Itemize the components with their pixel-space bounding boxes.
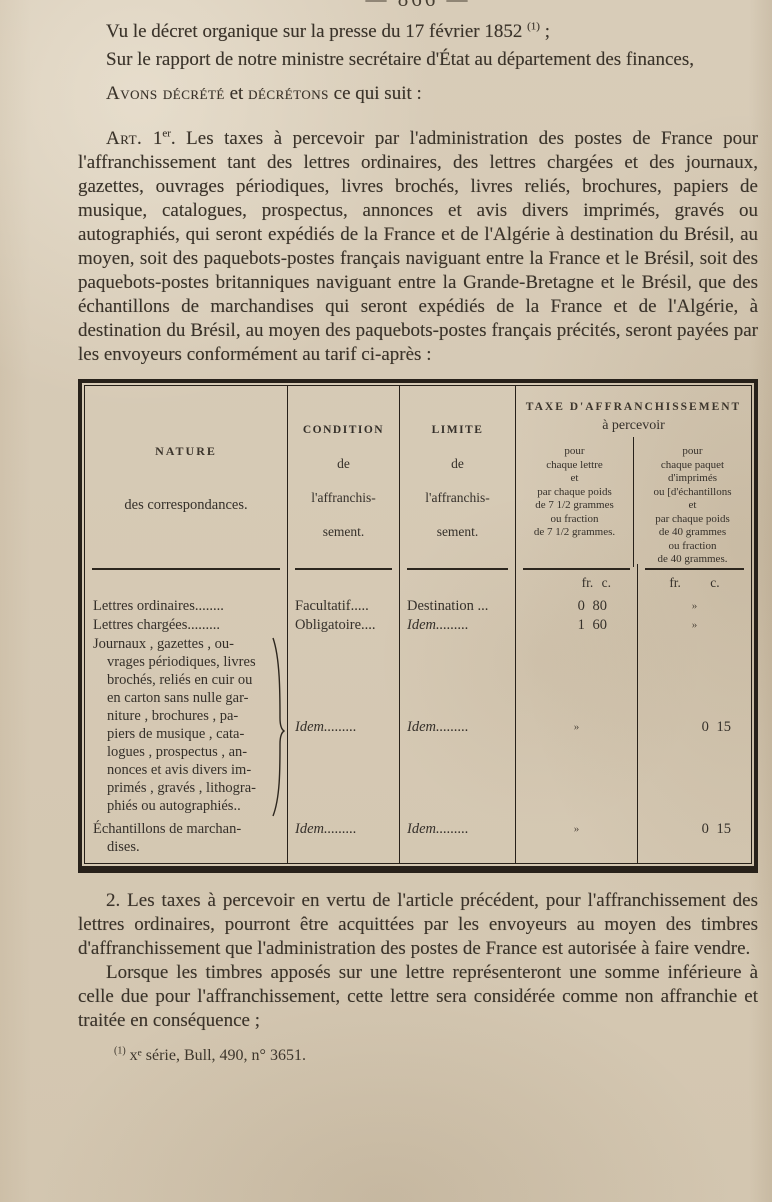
row-nature: Échantillons de marchan- dises.: [85, 819, 287, 863]
row-nature: Lettres chargées.........: [85, 615, 287, 634]
paragraph-text: .: [171, 128, 186, 149]
tariff-table: NATURE des correspondances. CONDITION de…: [78, 379, 758, 873]
running-page-number: — 866 —: [78, 0, 758, 12]
row-tax-letter: »: [515, 634, 637, 819]
unit-row-empty: [287, 574, 399, 596]
row-nature-text: Échantillons de marchan- dises.: [93, 820, 283, 856]
row-group-brace-icon: [271, 636, 285, 818]
footnote-marker-inline: (1): [527, 21, 540, 33]
row-tax-letter: 1 60: [515, 615, 637, 634]
unit-label-letter: fr. c.: [515, 574, 637, 596]
header-nature-subtitle: des correspondances.: [124, 496, 247, 514]
smallcaps-text: Avons décrété: [106, 83, 225, 104]
paragraph-lorsque: Lorsque les timbres apposés sur une lett…: [78, 961, 758, 1033]
footnote-marker: (1): [114, 1046, 126, 1057]
subheader-tax-per-packet: pour chaque paquet d'imprimés ou [d'écha…: [633, 437, 751, 567]
unit-row-empty: [85, 574, 287, 596]
row-condition: Obligatoire....: [287, 615, 399, 634]
tariff-table-inner-border: NATURE des correspondances. CONDITION de…: [84, 385, 752, 864]
header-condition-title: CONDITION: [303, 424, 384, 436]
row-tax-letter: 0 80: [515, 596, 637, 615]
row-tax-packet: 0 15: [637, 819, 751, 863]
row-condition: Idem.........: [287, 634, 399, 819]
article-number: 1: [142, 128, 162, 149]
row-tax-packet: »: [637, 596, 751, 615]
header-limite-subtitle: de l'affranchis- sement.: [400, 447, 515, 549]
document-page: — 866 — Vu le décret organique sur la pr…: [0, 0, 772, 1202]
row-condition: Facultatif.....: [287, 596, 399, 615]
footnote-text: xᵉ série, Bull, 490, n° 3651.: [126, 1047, 306, 1064]
article-label: Art.: [106, 128, 142, 149]
scanned-document-page: { "colors": { "paper": "#d7cbb7", "ink":…: [0, 0, 772, 1202]
header-rule: [637, 564, 751, 574]
row-tax-letter: »: [515, 819, 637, 863]
article-number-sup: er: [162, 128, 171, 140]
paragraph-sur-le-rapport: Sur le rapport de notre ministre secréta…: [78, 48, 758, 72]
paragraph-article-2: 2. Les taxes à percevoir en vertu de l'a…: [78, 889, 758, 961]
header-limite-title: LIMITE: [432, 424, 484, 436]
paragraph-avons-decrete: Avons décrété et décrétons ce qui suit :: [78, 82, 758, 106]
header-condition-subtitle: de l'affranchis- sement.: [288, 447, 399, 549]
row-nature: Lettres ordinaires........: [85, 596, 287, 615]
column-header-taxe-group: TAXE D'AFFRANCHISSEMENT à percevoir pour…: [515, 386, 751, 564]
unit-label-packet: fr. c.: [637, 574, 751, 596]
row-nature-group: Journaux , gazettes , ou- vrages périodi…: [85, 634, 287, 819]
footnote: (1) xᵉ série, Bull, 490, n° 3651.: [78, 1047, 758, 1065]
row-limite: Idem.........: [399, 615, 515, 634]
header-rule: [515, 564, 637, 574]
row-limite: Destination ...: [399, 596, 515, 615]
header-taxe-subtitle: à percevoir: [516, 417, 751, 435]
row-limite: Idem.........: [399, 634, 515, 819]
column-header-nature: NATURE des correspondances.: [85, 386, 287, 564]
unit-row-empty: [399, 574, 515, 596]
smallcaps-text: décrétons: [248, 83, 329, 104]
article-body-text: Les taxes à percevoir par l'administrati…: [78, 128, 758, 365]
paragraph-article-1: Art. 1er. Les taxes à percevoir par l'ad…: [78, 127, 758, 367]
paragraph-text: ce qui suit :: [329, 83, 422, 104]
tariff-table-grid: NATURE des correspondances. CONDITION de…: [85, 386, 751, 863]
row-tax-packet: 0 15: [637, 634, 751, 819]
row-limite: Idem.........: [399, 819, 515, 863]
row-tax-packet: »: [637, 615, 751, 634]
header-rule: [85, 564, 287, 574]
paragraph-text: et: [225, 83, 248, 104]
subheader-tax-per-letter: pour chaque lettre et par chaque poids d…: [516, 437, 633, 567]
header-rule: [287, 564, 399, 574]
taxe-subcolumns: pour chaque lettre et par chaque poids d…: [516, 437, 751, 567]
row-nature-text: Journaux , gazettes , ou- vrages périodi…: [93, 635, 283, 815]
column-header-condition: CONDITION de l'affranchis- sement.: [287, 386, 399, 564]
paragraph-text: ;: [540, 21, 550, 42]
header-nature-title: NATURE: [155, 442, 217, 460]
column-header-limite: LIMITE de l'affranchis- sement.: [399, 386, 515, 564]
paragraph-text: Vu le décret organique sur la presse du …: [106, 21, 522, 42]
header-taxe-title: TAXE D'AFFRANCHISSEMENT: [516, 386, 751, 416]
row-condition: Idem.........: [287, 819, 399, 863]
header-rule: [399, 564, 515, 574]
